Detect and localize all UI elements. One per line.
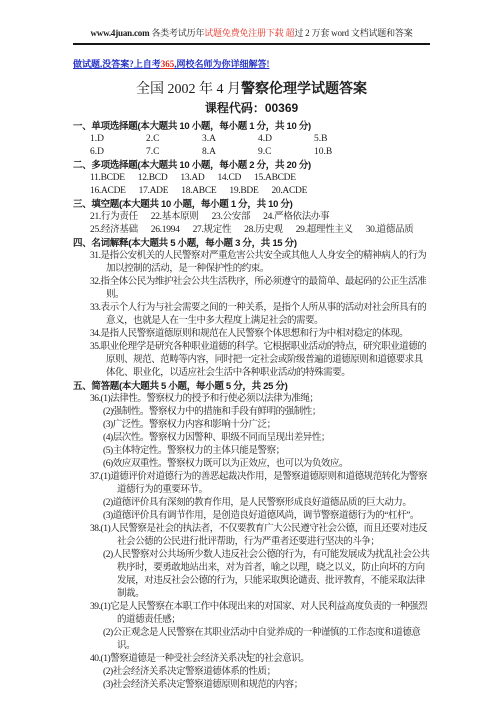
- answer-paragraph: (5)主体特定性。警察权力的主体只能是警察；: [90, 445, 430, 458]
- answer-item: 4.D: [258, 133, 314, 146]
- answer-item: 3.A: [202, 133, 258, 146]
- answer-paragraph: 32.指全体公民为维护社会公共生活秩序，所必须遵守的最简单、最起码的公正生活准则…: [90, 276, 430, 302]
- answer-row: 11.BCDE 12.BCD 13.AD 14.CD 15.ABCDE: [90, 172, 430, 185]
- answer-item: 19.BDE: [229, 185, 258, 198]
- section-heading-single-choice: 一、单项选择题(本大题共 10 小题，每小题 1 分，共 10 分): [73, 120, 430, 133]
- answer-paragraph: 39.(1)它是人民警察在本职工作中体现出来的对国家、对人民利益高度负责的一种强…: [90, 601, 430, 627]
- answer-item: 26.1994: [151, 224, 180, 237]
- answer-row: 21.行为责任 22.基本原则 23.公安部 24.严格依法办事: [90, 211, 430, 224]
- answer-paragraph: 34.是指人民警察道德原则和规范在人民警察个体思想和行为中相对稳定的体现。: [90, 328, 430, 341]
- answer-paragraph: 35.职业伦理学是研究各种职业道德的科学。它根据职业活动的特点，研究职业道德的原…: [90, 341, 430, 380]
- answer-item: 10.B: [314, 146, 370, 159]
- answer-item: 30.道德品质: [366, 224, 414, 237]
- banner-text-red: 试题免费免注册下载 超: [204, 28, 294, 38]
- title-prefix: 全国 2002 年 4 月: [136, 82, 241, 97]
- course-code: 课程代码：00369: [73, 100, 430, 117]
- answer-paragraph: 31.是指公安机关的人民警察对严重危害公共安全或其他人人身安全的精神病人的行为加…: [90, 250, 430, 276]
- answer-item: 24.严格依法办事: [263, 211, 329, 224]
- answer-item: 9.C: [258, 146, 314, 159]
- answer-item: 17.ADE: [139, 185, 169, 198]
- answer-item: 14.CD: [217, 172, 241, 185]
- answer-item: 23.公安部: [212, 211, 251, 224]
- promo-link-number[interactable]: 365: [161, 59, 175, 69]
- answer-paragraph: (2)道德评价具有深刻的教育作用，是人民警察形成良好道德品质的巨大动力。: [90, 497, 430, 510]
- answer-item: 11.BCDE: [90, 172, 125, 185]
- section-heading-fill-blank: 三、填空题(本大题共 10 小题，每小题 1 分，共 10 分): [73, 198, 430, 211]
- page-number: 1: [0, 649, 496, 662]
- answer-item: 13.AD: [180, 172, 204, 185]
- answer-item: 18.ABCE: [181, 185, 216, 198]
- banner-text: 过 2 万套 word 文档试题和答案: [294, 28, 412, 38]
- answer-paragraph: (2)强制性。警察权力中的措施和手段有鲜明的强制性；: [90, 406, 430, 419]
- answer-item: 28.历史观: [244, 224, 283, 237]
- answer-paragraph: (6)效应双重性。警察权力既可以为正效应，也可以为负效应。: [90, 458, 430, 471]
- answer-paragraph: 36.(1)法律性。警察权力的授予和行使必须以法律为准绳；: [90, 393, 430, 406]
- answer-paragraph: (2)人民警察对公共场所少数人违反社会公德的行为，有可能发展成为扰乱社会公共秩序…: [90, 549, 430, 601]
- header-divider: [73, 43, 430, 45]
- site-banner: www.4juan.com 各类考试历年试题免费免注册下载 超过 2 万套 wo…: [73, 27, 430, 40]
- answer-item: 27.规定性: [193, 224, 232, 237]
- answer-paragraph: 33.表示个人行为与社会需要之间的一种关系，是指个人所从事的活动对社会所具有的意…: [90, 302, 430, 328]
- answer-row: 6.D 7.C 8.A 9.C 10.B: [90, 146, 430, 159]
- answer-item: 6.D: [90, 146, 146, 159]
- answer-paragraph: (4)层次性。警察权力因警种、职级不同而呈现出差异性；: [90, 432, 430, 445]
- answer-item: 12.BCD: [138, 172, 168, 185]
- answer-row: 16.ACDE 17.ADE 18.ABCE 19.BDE 20.ACDE: [90, 185, 430, 198]
- answer-item: 29.超理性主义: [296, 224, 353, 237]
- answer-paragraph: (3)广泛性。警察权力内容和影响十分广泛；: [90, 419, 430, 432]
- section-heading-multi-choice: 二、多项选择题(本大题共 10 小题，每小题 2 分，共 20 分): [73, 159, 430, 172]
- site-url: www.4juan.com: [90, 28, 149, 38]
- answer-row: 1.D 2.C 3.A 4.D 5.B: [90, 133, 430, 146]
- answer-paragraph: (3)社会经济关系决定警察道德原则和规范的内容；: [90, 679, 430, 692]
- promo-link[interactable]: 做试题,没答案?上自考365,网校名师为你详细解答!: [73, 58, 270, 70]
- answer-item: 8.A: [202, 146, 258, 159]
- answer-item: 25.经济基础: [90, 224, 138, 237]
- answer-paragraph: 37.(1)道德评价对道德行为的善恶起裁决作用，是警察道德原则和道德规范转化为警…: [90, 471, 430, 497]
- answer-paragraph: (3)道德评价具有调节作用，是创造良好道德风尚，调节警察道德行为的“杠杆”。: [90, 510, 430, 523]
- banner-text: 各类考试历年: [149, 28, 204, 38]
- title-main: 警察伦理学试题答案: [241, 80, 367, 96]
- answer-paragraph: 38.(1)人民警察是社会的执法者，不仅要教育广大公民遵守社会公德，而且还要对违…: [90, 523, 430, 549]
- section-heading-definitions: 四、名词解释(本大题共 5 小题，每小题 3 分，共 15 分): [73, 237, 430, 250]
- answer-item: 1.D: [90, 133, 146, 146]
- answer-item: 7.C: [146, 146, 202, 159]
- answer-item: 15.ABCDE: [254, 172, 296, 185]
- promo-link-text[interactable]: ,网校名师为你详细解答!: [174, 59, 269, 69]
- answer-item: 21.行为责任: [90, 211, 138, 224]
- section-heading-short-answer: 五、简答题(本大题共 5 小题，每小题 5 分，共 25 分): [73, 380, 430, 393]
- answer-row: 25.经济基础 26.1994 27.规定性 28.历史观 29.超理性主义 3…: [90, 224, 430, 237]
- page-title: 全国 2002 年 4 月警察伦理学试题答案: [73, 78, 430, 100]
- answer-paragraph: (2)社会经济关系决定警察道德体系的性质；: [90, 666, 430, 679]
- answer-item: 16.ACDE: [90, 185, 126, 198]
- answer-item: 20.ACDE: [271, 185, 307, 198]
- answer-item: 22.基本原则: [151, 211, 199, 224]
- answer-item: 5.B: [314, 133, 370, 146]
- answer-item: 2.C: [146, 133, 202, 146]
- promo-link-text[interactable]: 做试题,没答案?上自考: [73, 59, 161, 69]
- document-page: www.4juan.com 各类考试历年试题免费免注册下载 超过 2 万套 wo…: [0, 0, 496, 702]
